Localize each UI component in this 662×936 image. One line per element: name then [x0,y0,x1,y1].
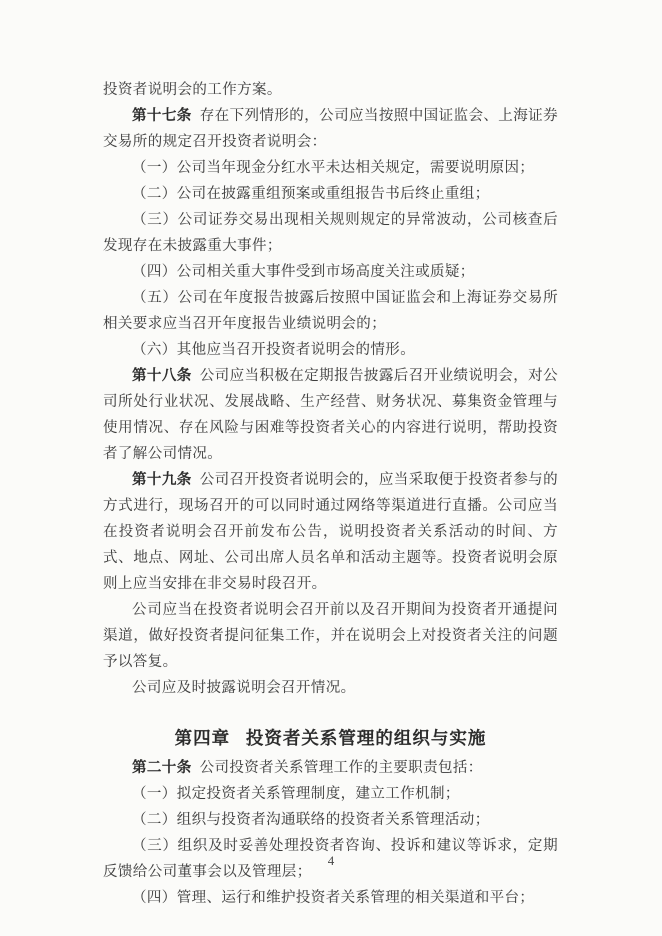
document-paragraph: （一）拟定投资者关系管理制度，建立工作机制； [103,781,558,807]
article-number: 第十七条 [132,108,192,124]
paragraph-text: 公司应及时披露说明会召开情况。 [132,680,356,696]
paragraph-text: （一）公司当年现金分红水平未达相关规定，需要说明原因； [132,160,534,176]
paragraph-text: （二）公司在披露重组预案或重组报告书后终止重组； [132,186,490,202]
article-number: 第二十条 [132,760,192,776]
page-number: 4 [0,853,662,869]
page-content: 投资者说明会的工作方案。第十七条存在下列情形的，公司应当按照中国证监会、上海证券… [103,77,558,911]
paragraph-text: 公司应当在投资者说明会召开前以及召开期间为投资者开通提问渠道，做好投资者提问征集… [103,602,558,670]
document-paragraph: （二）公司在披露重组预案或重组报告书后终止重组； [103,181,558,207]
document-paragraph: （四）公司相关重大事件受到市场高度关注或质疑； [103,259,558,285]
document-paragraph: （四）管理、运行和维护投资者关系管理的相关渠道和平台； [103,885,558,911]
chapter-title: 投资者关系管理的组织与实施 [246,728,487,748]
document-paragraph: 公司应及时披露说明会召开情况。 [103,675,558,701]
document-paragraph: 公司应当在投资者说明会召开前以及召开期间为投资者开通提问渠道，做好投资者提问征集… [103,597,558,675]
document-paragraph: （二）组织与投资者沟通联络的投资者关系管理活动； [103,807,558,833]
document-paragraph: （三）公司证券交易出现相关规则规定的异常波动，公司核查后发现存在未披露重大事件； [103,207,558,259]
article-number: 第十九条 [132,472,192,488]
paragraph-text: 公司投资者关系管理工作的主要职责包括： [200,760,483,776]
paragraph-text: （六）其他应当召开投资者说明会的情形。 [132,342,415,358]
paragraph-text: （四）管理、运行和维护投资者关系管理的相关渠道和平台； [132,890,534,906]
article-number: 第十八条 [132,368,192,384]
paragraph-text: （五）公司在年度报告披露后按照中国证监会和上海证券交易所相关要求应当召开年度报告… [103,290,558,332]
document-paragraph: （五）公司在年度报告披露后按照中国证监会和上海证券交易所相关要求应当召开年度报告… [103,285,558,337]
paragraph-text: （一）拟定投资者关系管理制度，建立工作机制； [132,786,460,802]
chapter-heading: 第四章投资者关系管理的组织与实施 [103,725,558,751]
document-paragraph: 第二十条公司投资者关系管理工作的主要职责包括： [103,755,558,781]
document-paragraph: 第十七条存在下列情形的，公司应当按照中国证监会、上海证券交易所的规定召开投资者说… [103,103,558,155]
document-paragraph: 第十八条公司应当积极在定期报告披露后召开业绩说明会，对公司所处行业状况、发展战略… [103,363,558,467]
document-paragraph: （一）公司当年现金分红水平未达相关规定，需要说明原因； [103,155,558,181]
paragraph-text: （四）公司相关重大事件受到市场高度关注或质疑； [132,264,475,280]
chapter-number: 第四章 [175,728,231,748]
document-paragraph: 第十九条公司召开投资者说明会的，应当采取便于投资者参与的方式进行，现场召开的可以… [103,467,558,597]
paragraph-text: （二）组织与投资者沟通联络的投资者关系管理活动； [132,812,490,828]
paragraph-text: 公司召开投资者说明会的，应当采取便于投资者参与的方式进行，现场召开的可以同时通过… [103,472,558,592]
paragraph-text: 投资者说明会的工作方案。 [103,82,282,98]
document-paragraph: （六）其他应当召开投资者说明会的情形。 [103,337,558,363]
document-page: 投资者说明会的工作方案。第十七条存在下列情形的，公司应当按照中国证监会、上海证券… [0,0,662,936]
paragraph-text: （三）公司证券交易出现相关规则规定的异常波动，公司核查后发现存在未披露重大事件； [103,212,558,254]
document-paragraph: 投资者说明会的工作方案。 [103,77,558,103]
